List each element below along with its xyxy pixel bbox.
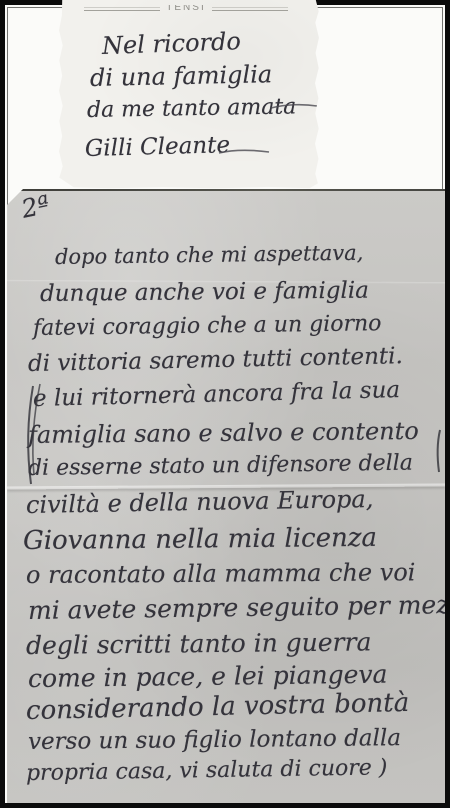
letter-line-15: verso un suo figlio lontano dalla bbox=[28, 725, 401, 755]
page-number: 2ª bbox=[19, 190, 52, 224]
scanned-letter-photo: TENSI Nel ricordodi una famigliada me ta… bbox=[0, 0, 450, 808]
letter-line-4: di vittoria saremo tutti contenti. bbox=[28, 343, 403, 377]
letter-line-13: come in pace, e lei piangeva bbox=[28, 660, 388, 693]
brand-rule-left bbox=[84, 10, 160, 11]
dedication-line-2: di una famiglia bbox=[90, 60, 273, 92]
letter-line-6: famiglia sano e salvo e contento bbox=[28, 417, 419, 449]
paper-brand-header: TENSI bbox=[84, 5, 288, 16]
margin-mark-left bbox=[24, 383, 48, 487]
letter-line-12: degli scritti tanto in guerra bbox=[26, 627, 372, 660]
margin-mark-right bbox=[434, 429, 444, 473]
dedication-note: TENSI Nel ricordodi una famigliada me ta… bbox=[58, 0, 320, 189]
paper-brand-label: TENSI bbox=[166, 5, 205, 15]
page-torn-edge bbox=[7, 189, 445, 191]
letter-line-8: civiltà e della nuova Europa, bbox=[26, 485, 374, 519]
dedication-line-3: da me tanto amata bbox=[87, 94, 297, 123]
letter-line-10: o racontato alla mamma che voi bbox=[26, 558, 416, 589]
letter-line-5: e lui ritornerà ancora fra la sua bbox=[33, 377, 401, 412]
letter-line-1: dopo tanto che mi aspettava, bbox=[55, 241, 364, 269]
brand-rule-right bbox=[212, 10, 288, 11]
letter-line-16: propria casa, vi saluta di cuore ) bbox=[26, 755, 388, 786]
dedication-line-1: Nel ricordo bbox=[102, 27, 242, 60]
letter-line-14: considerando la vostra bontà bbox=[26, 688, 410, 726]
letter-line-9: Giovanna nella mia licenza bbox=[23, 523, 377, 556]
letter-line-7: di esserne stato un difensore della bbox=[28, 451, 413, 481]
dedication-line-4: Gilli Cleante bbox=[85, 132, 231, 162]
letter-line-2: dunque anche voi e famiglia bbox=[40, 278, 369, 307]
pen-flourish bbox=[218, 146, 270, 158]
letter-page: 2ª dopo tanto che mi aspettava,dunque an… bbox=[7, 189, 445, 803]
letter-line-11: mi avete sempre seguito per mezzo bbox=[28, 590, 445, 625]
letter-line-3: fatevi coraggio che a un giorno bbox=[33, 311, 382, 341]
pen-flourish bbox=[270, 100, 318, 112]
